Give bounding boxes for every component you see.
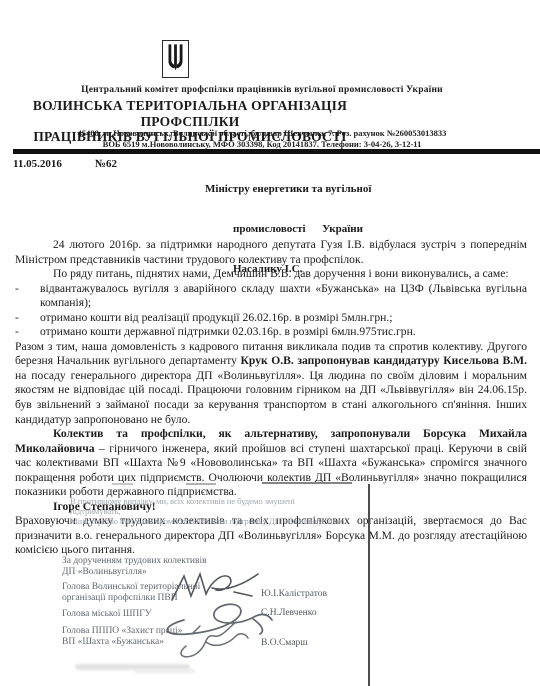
handwritten-signatures (148, 562, 283, 662)
list-dash: - (15, 311, 19, 326)
list-dash: - (15, 325, 19, 340)
faint-scan-line2: Міністерство вугільної промисловості мат… (70, 516, 345, 526)
letter-date: 11.05.2016 (13, 158, 62, 170)
organization-title-line1: ВОЛИНСЬКА ТЕРИТОРІАЛЬНА ОРГАНІЗАЦІЯ ПРОФ… (10, 98, 370, 129)
list-dash: - (15, 282, 19, 297)
committee-line: Центральний комітет профспілки працівник… (0, 85, 524, 95)
list-item: - отримано кошти державної підтримки 02.… (15, 325, 527, 340)
paragraph-3-post: на посаду генерального директора ДП «Вол… (15, 369, 527, 426)
signature-1-stroke (172, 574, 258, 600)
letter-page: Центральний комітет профспілки працівник… (0, 0, 540, 686)
list-item-3-text: отримано кошти державної підтримки 02.03… (40, 325, 416, 338)
scan-artifact-line-b (186, 483, 216, 485)
signer-2-title: Голова міської ШПГУ (62, 609, 152, 620)
letter-number: №62 (95, 158, 117, 170)
faint-scan-line1: В противному випадку, ми, всіх колективі… (70, 496, 345, 516)
paragraph-1: 24 лютого 2016р. за підтримки народного … (15, 238, 527, 267)
paragraph-4: Колектив та профспілки, як альтернативу,… (15, 427, 527, 500)
letterhead-address: 45408, м. Нововолинськ, Волинської облас… (0, 128, 524, 149)
addressee-line1: Міністру енергетики та вугільної (205, 183, 385, 196)
address-line1: 45408, м. Нововолинськ, Волинської облас… (0, 128, 524, 139)
list-item: - отримано кошти від реалізації продукці… (15, 311, 527, 326)
address-line2: ВОБ 6519 м.Нововолинську, МФО 303398, Ко… (0, 139, 524, 150)
scan-vertical-edge-line (368, 484, 370, 686)
faint-scan-paragraph: В противному випадку, ми, всіх колективі… (70, 496, 345, 526)
letterhead-divider-rule (13, 149, 540, 154)
signature-3-stroke (181, 622, 248, 657)
tryzub-icon (165, 41, 186, 78)
coat-of-arms-frame (162, 40, 189, 78)
paragraph-2: По ряду питань, піднятих нами, Демчишин … (15, 267, 527, 282)
scan-smudge (135, 669, 195, 673)
signature-2-stroke (167, 604, 272, 634)
scan-artifact-line-c (262, 482, 352, 484)
addressee-line2: промисловості України (205, 223, 385, 236)
list-item-1-text: відвантажувалось вугілля з аварійного ск… (40, 282, 527, 310)
list-item: - відвантажувалось вугілля з аварійного … (15, 282, 527, 311)
paragraph-3-bold: Крук О.В. запропонував кандидатуру Кисел… (241, 354, 527, 367)
scan-artifact-line-a (112, 483, 133, 485)
paragraph-3: Разом з тим, наша домовленість з кадрово… (15, 340, 527, 427)
list-item-2-text: отримано кошти від реалізації продукції … (40, 311, 392, 324)
